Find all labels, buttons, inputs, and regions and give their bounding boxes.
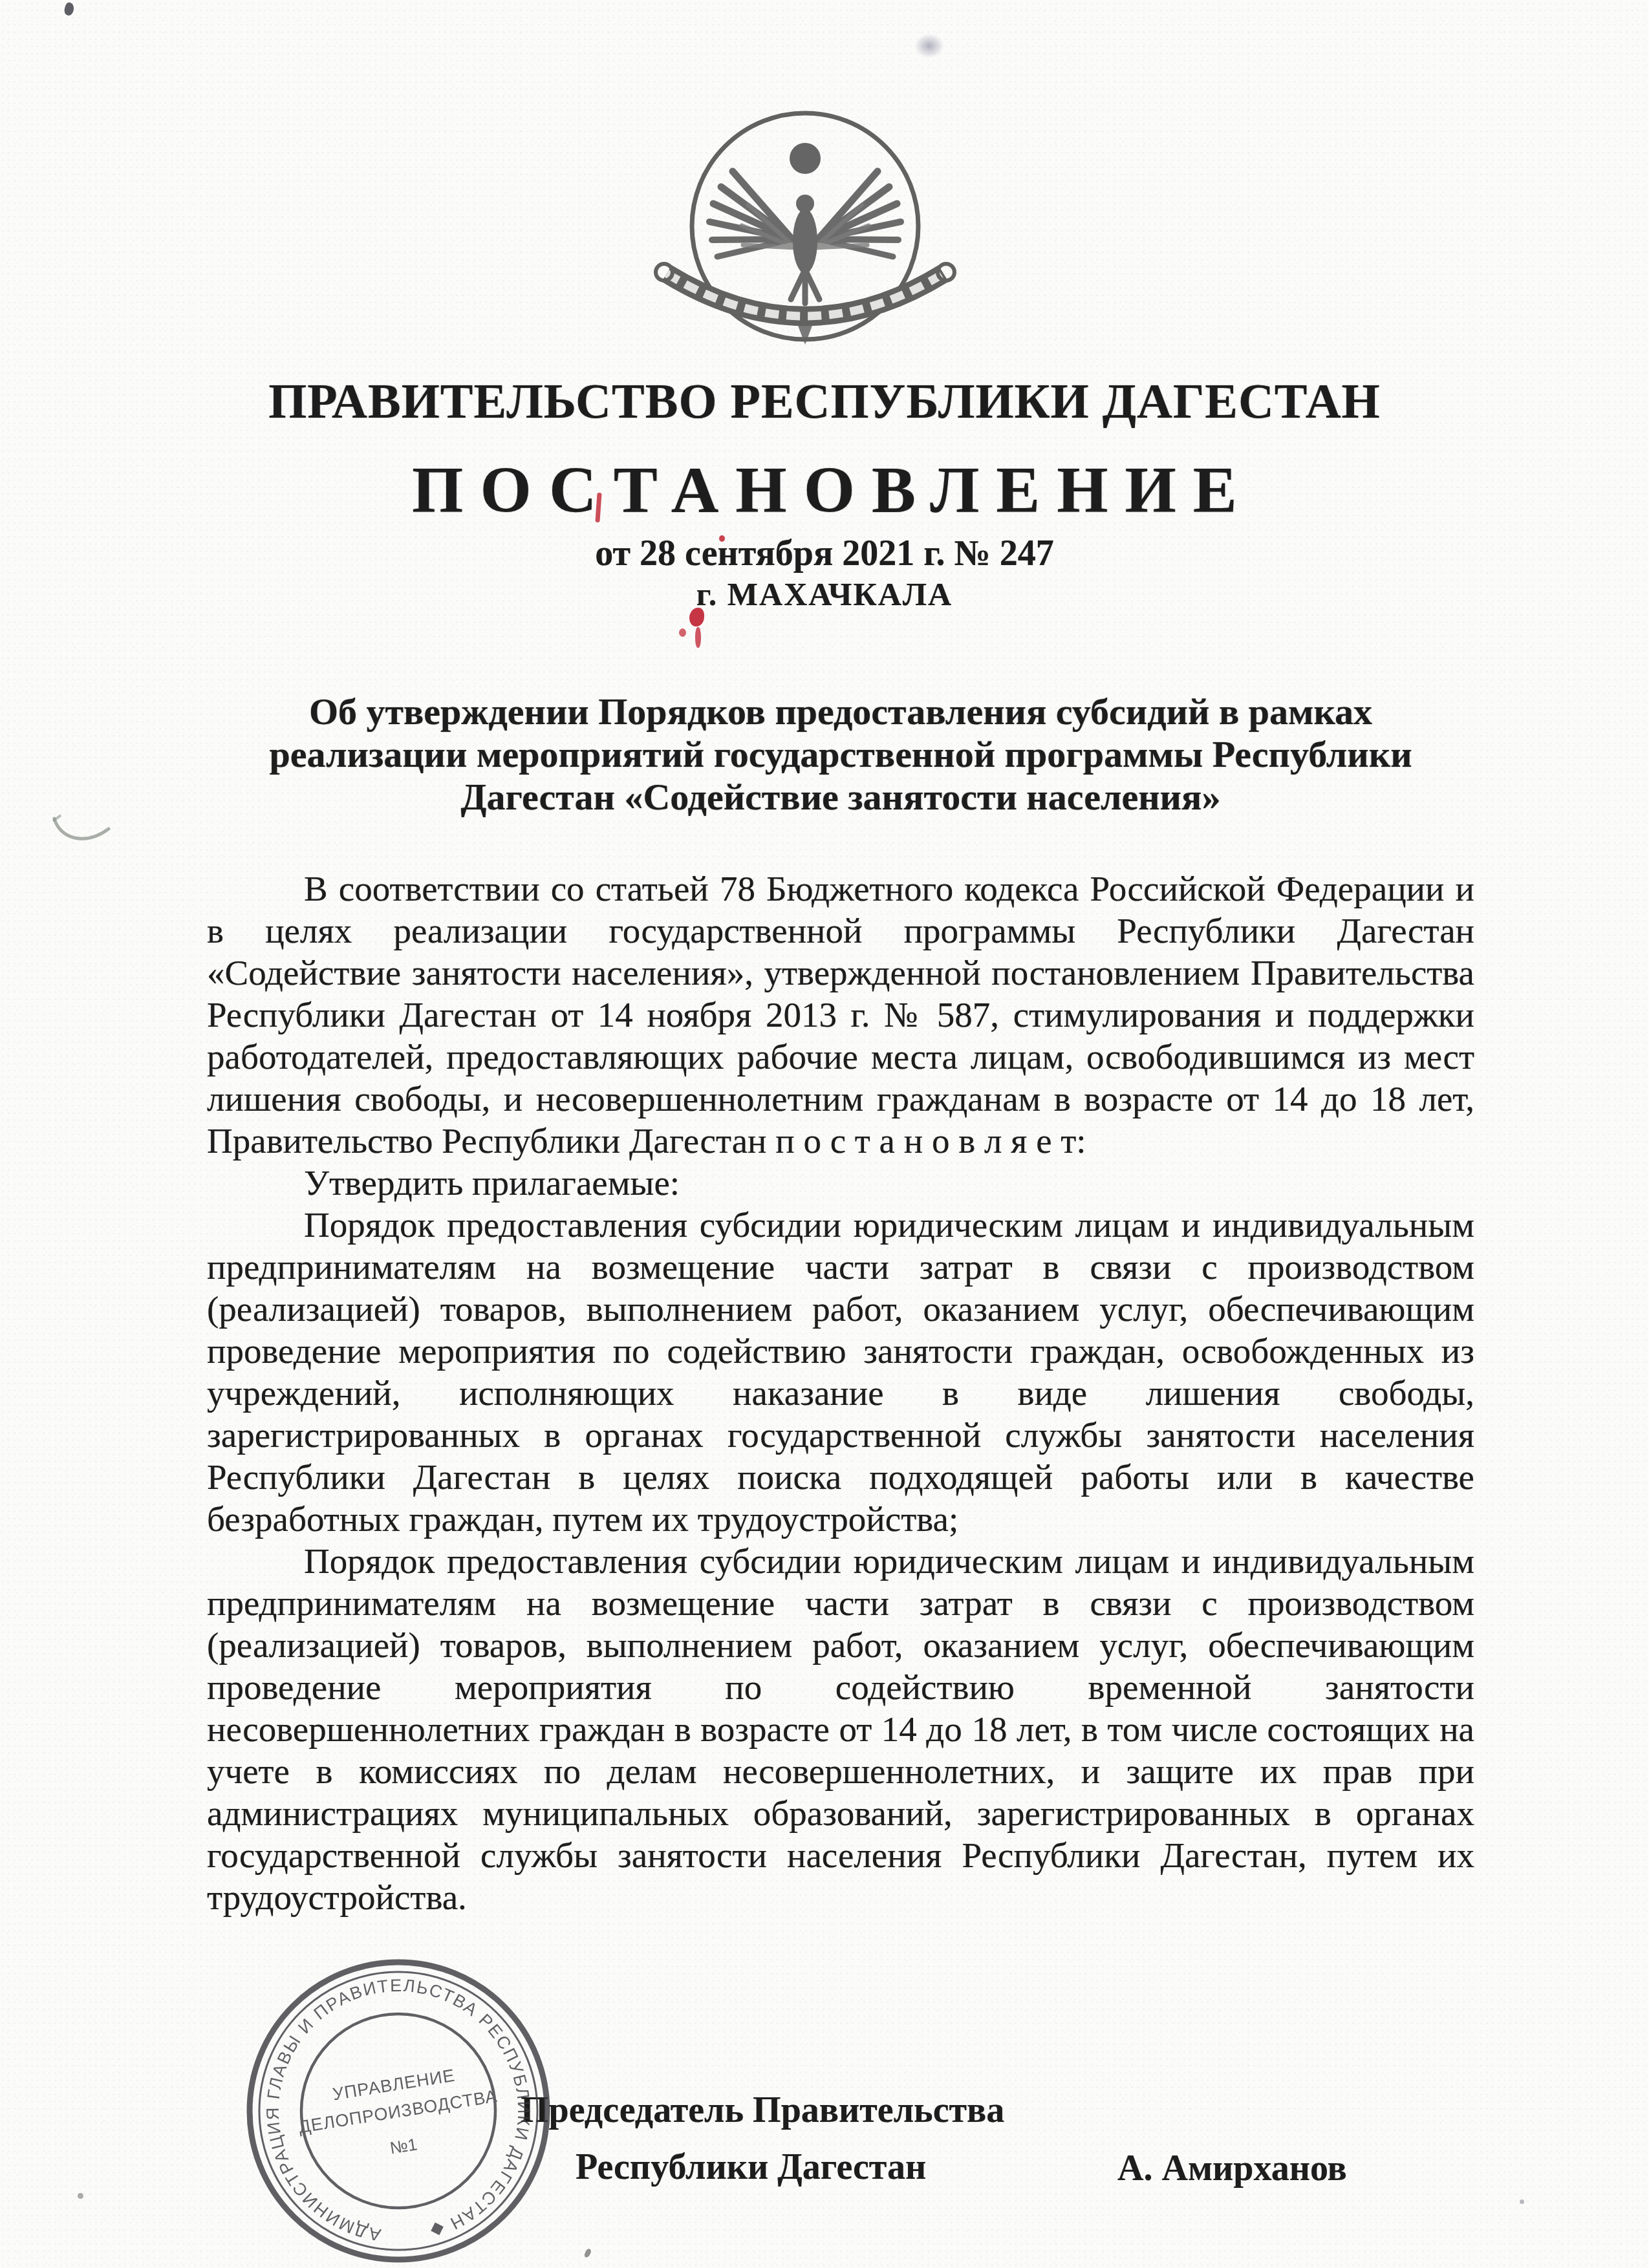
procedure-paragraph-minors: Порядок предоставления субсидии юридичес… [207, 1540, 1474, 1918]
scanned-decree-page: ПРАВИТЕЛЬСТВО РЕСПУБЛИКИ ДАГЕСТАН ПОСТАН… [0, 0, 1649, 2268]
issuing-authority-title: ПРАВИТЕЛЬСТВО РЕСПУБЛИКИ ДАГЕСТАН [0, 374, 1649, 430]
approve-line: Утвердить прилагаемые: [207, 1162, 1474, 1204]
dagestan-coat-of-arms-emblem [630, 107, 980, 380]
emblem-sun-icon [790, 143, 821, 174]
eagle-tail [791, 270, 819, 303]
decree-body: В соответствии со статьей 78 Бюджетного … [207, 868, 1474, 1918]
signature-post-line-1: Председатель Правительства [521, 2090, 1004, 2131]
scan-speck-bottom-3 [1520, 2199, 1524, 2204]
procedure-paragraph-released-convicts: Порядок предоставления субсидии юридичес… [207, 1204, 1474, 1540]
signature-post-line-2: Республики Дагестан [576, 2146, 926, 2188]
scan-speck-bottom-1 [78, 2193, 83, 2199]
eagle-body [793, 195, 817, 273]
preamble-paragraph: В соответствии со статьей 78 Бюджетного … [207, 868, 1474, 1162]
red-ink-dot [719, 535, 725, 542]
stamp-center-line-3: №1 [389, 2134, 419, 2157]
red-ink-dot-small [679, 628, 686, 637]
date-and-number-line: от 28 сентября 2021 г. № 247 [0, 533, 1649, 574]
red-ink-drip [695, 627, 701, 648]
city-line: г. МАХАЧКАЛА [0, 575, 1649, 613]
red-ink-blob [689, 608, 704, 626]
pen-arc-mark [50, 800, 116, 853]
scan-speck-top-left [63, 2, 76, 17]
office-round-stamp: АДМИНИСТРАЦИЯ ГЛАВЫ И ПРАВИТЕЛЬСТВА РЕСП… [243, 1956, 554, 2266]
scan-speck-bottom-2 [583, 2248, 592, 2258]
subject-heading: Об утверждении Порядков предоставления с… [207, 690, 1474, 818]
signature-name: А. Амирханов [1117, 2148, 1347, 2189]
document-type-heading: ПОСТАНОВЛЕНИЕ [0, 453, 1649, 528]
scan-smudge-top-center [914, 34, 944, 58]
